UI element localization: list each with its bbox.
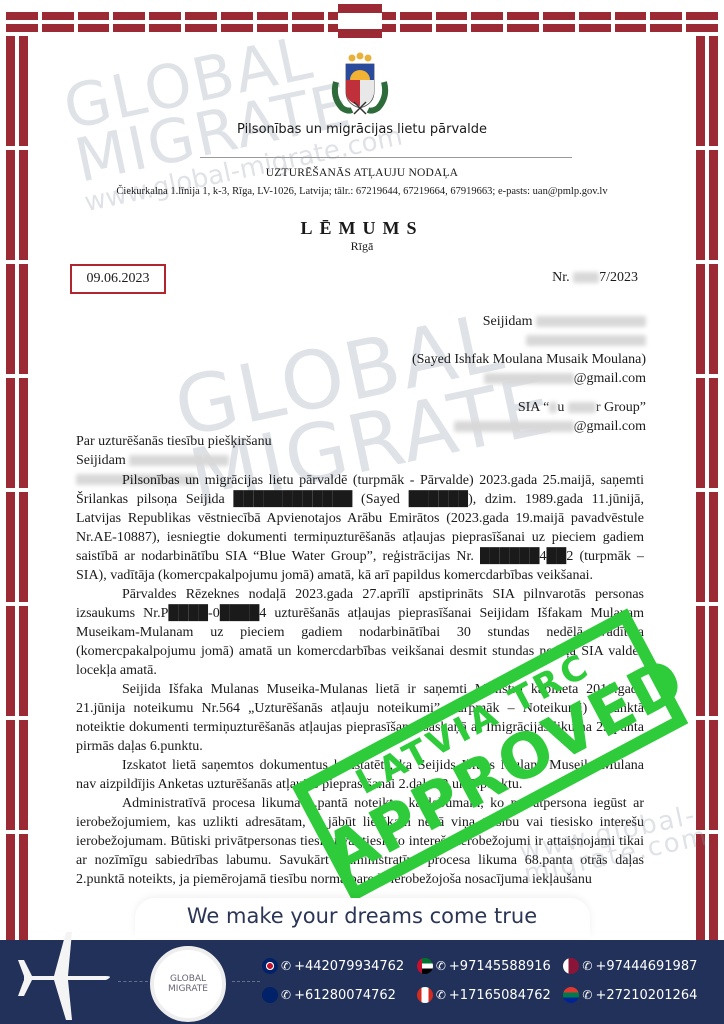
phone-icon: ✆: [582, 988, 592, 1002]
phone-icon: ✆: [281, 959, 291, 973]
south-africa-flag-icon: [563, 987, 579, 1003]
australia-flag-icon: [262, 987, 278, 1003]
phone-uae[interactable]: ✆+97145588916: [417, 958, 556, 974]
paragraph-3: Seijida Išfaka Mulanas Museika-Mulanas l…: [76, 680, 644, 756]
phone-icon: ✆: [281, 988, 291, 1002]
contact-phones: ✆+442079934762 ✆+97145588916 ✆+974446919…: [262, 958, 702, 1003]
uk-flag-icon: [262, 958, 278, 974]
canada-flag-icon: [417, 987, 433, 1003]
phone-icon: ✆: [436, 959, 446, 973]
phone-canada[interactable]: ✆+17165084762: [417, 987, 556, 1003]
phone-qatar[interactable]: ✆+97444691987: [563, 958, 702, 974]
global-migrate-logo: GLOBAL MIGRATE: [150, 946, 226, 1022]
document-city: Rīgā: [0, 239, 724, 254]
uae-flag-icon: [417, 958, 433, 974]
agency-address: Čiekurkalna 1.līnija 1, k-3, Rīga, LV-10…: [0, 186, 724, 197]
phone-icon: ✆: [582, 959, 592, 973]
decision-body: Pilsonības un migrācijas lietu pārvaldē …: [76, 471, 644, 889]
footer-dotted-line: [232, 981, 260, 982]
paragraph-4: Izskatot lietā saņemtos dokumentus konst…: [76, 756, 644, 794]
document-number: Nr. 7/2023: [552, 270, 638, 286]
document-title: LĒMUMS: [0, 218, 724, 239]
tagline: We make your dreams come true: [0, 904, 724, 928]
phone-australia[interactable]: ✆+61280074762: [262, 987, 409, 1003]
phone-icon: ✆: [436, 988, 446, 1002]
phone-south-africa[interactable]: ✆+27210201264: [563, 987, 702, 1003]
latvia-coat-of-arms-icon: [328, 52, 392, 118]
qatar-flag-icon: [563, 958, 579, 974]
top-border-center: [338, 4, 382, 38]
phone-uk[interactable]: ✆+442079934762: [262, 958, 409, 974]
airplane-icon: [14, 928, 114, 1022]
agency-name: Pilsonības un migrācijas lietu pārvalde: [0, 122, 724, 137]
paragraph-2: Pārvaldes Rēzeknes nodaļā 2023.gada 27.a…: [76, 585, 644, 680]
department-name: UZTURĒŠANĀS ATĻAUJU NODAĻA: [0, 167, 724, 179]
header-divider: [200, 157, 572, 158]
paragraph-1: Pilsonības un migrācijas lietu pārvaldē …: [76, 471, 644, 585]
recipient-person: Seijidam (Sayed Ishfak Moulana Musaik Mo…: [412, 312, 646, 388]
recipient-company: SIA “u r Group” @gmail.com: [454, 398, 646, 436]
document-date: 09.06.2023: [70, 264, 166, 294]
paragraph-5: Administratīvā procesa likuma 1.pantā no…: [76, 794, 644, 889]
footer-dotted-line: [118, 981, 148, 982]
